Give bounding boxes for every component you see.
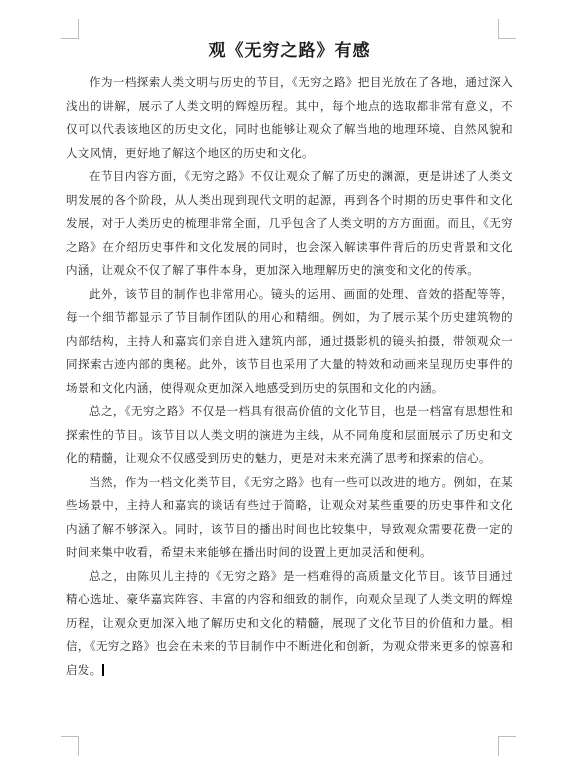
margin-mark-bottom-right [498, 736, 516, 756]
paragraph-5[interactable]: 当然，作为一档文化类节目，《无穷之路》也有一些可以改进的地方。例如，在某些场景中… [66, 472, 513, 566]
paragraph-text: 总之，由陈贝儿主持的《无穷之路》是一档难得的高质量文化节目。该节目通过精心选址、… [66, 571, 513, 677]
text-caret [102, 664, 104, 676]
margin-mark-top-left [61, 19, 79, 39]
paragraph-3[interactable]: 此外，该节目的制作也非常用心。镜头的运用、画面的处理、音效的搭配等等，每一个细节… [66, 284, 513, 402]
paragraph-1[interactable]: 作为一档探索人类文明与历史的节目，《无穷之路》把目光放在了各地，通过深入浅出的讲… [66, 72, 513, 166]
paragraph-2[interactable]: 在节目内容方面，《无穷之路》不仅让观众了解了历史的渊源，更是讲述了人类文明发展的… [66, 166, 513, 284]
margin-mark-top-right [498, 19, 516, 39]
paragraph-4[interactable]: 总之，《无穷之路》不仅是一档具有很高价值的文化节目，也是一档富有思想性和探索性的… [66, 401, 513, 472]
document-title[interactable]: 观《无穷之路》有感 [66, 38, 513, 64]
paragraph-6[interactable]: 总之，由陈贝儿主持的《无穷之路》是一档难得的高质量文化节目。该节目通过精心选址、… [66, 566, 513, 684]
document-page[interactable]: 观《无穷之路》有感 作为一档探索人类文明与历史的节目，《无穷之路》把目光放在了各… [0, 0, 575, 769]
document-content[interactable]: 观《无穷之路》有感 作为一档探索人类文明与历史的节目，《无穷之路》把目光放在了各… [66, 38, 513, 683]
margin-mark-bottom-left [61, 736, 79, 756]
